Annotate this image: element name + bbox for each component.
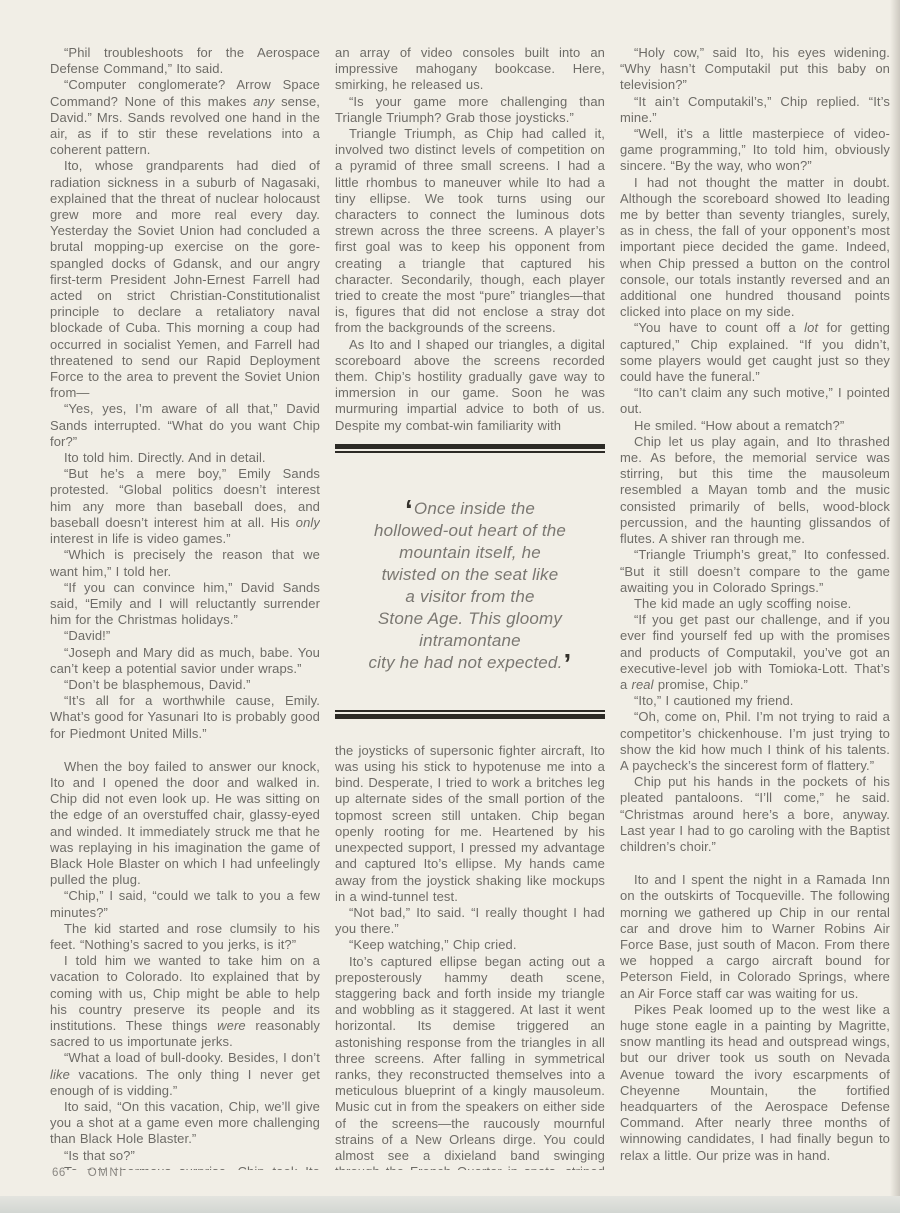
paragraph: “Oh, come on, Phil. I’m not trying to ra… xyxy=(620,709,890,774)
paragraph: “Computer conglomerate? Arrow Space Comm… xyxy=(50,77,320,158)
paragraph: I had not thought the matter in doubt. A… xyxy=(620,175,890,321)
paragraph: “Yes, yes, I’m aware of all that,” David… xyxy=(50,401,320,450)
page-footer: 66OMNI xyxy=(52,1167,124,1179)
paragraph: As Ito and I shaped our triangles, a dig… xyxy=(335,337,605,434)
paragraph: “Triangle Triumph’s great,” Ito confesse… xyxy=(620,547,890,596)
paragraph: Ito told him. Directly. And in detail. xyxy=(50,450,320,466)
paragraph: “Is your game more challenging than Tria… xyxy=(335,94,605,126)
paragraph: “It ain’t Computakil’s,” Chip replied. “… xyxy=(620,94,890,126)
pull-quote-top-rule xyxy=(335,444,605,453)
paragraph: “What a load of bull-dooky. Besides, I d… xyxy=(50,1050,320,1099)
paragraph: an array of video consoles built into an… xyxy=(335,45,605,94)
paragraph: Ito said, “On this vacation, Chip, we’ll… xyxy=(50,1099,320,1148)
paragraph: “Well, it’s a little masterpiece of vide… xyxy=(620,126,890,175)
paragraph: “But he’s a mere boy,” Emily Sands prote… xyxy=(50,466,320,547)
paragraph: Ito’s captured ellipse began acting out … xyxy=(335,954,605,1170)
pull-quote-line: ‘Once inside the xyxy=(335,498,605,520)
paragraph: “Which is precisely the reason that we w… xyxy=(50,547,320,579)
paragraph: “If you can convince him,” David Sands s… xyxy=(50,580,320,629)
paragraph: The kid started and rose clumsily to his… xyxy=(50,921,320,953)
paragraph: Chip put his hands in the pockets of his… xyxy=(620,774,890,855)
column-center-bottom-text: the joysticks of supersonic fighter airc… xyxy=(335,743,605,1170)
pull-quote-line: Stone Age. This gloomy xyxy=(335,608,605,630)
pull-quote: ‘Once inside thehollowed-out heart of th… xyxy=(335,498,605,674)
pull-quote-line: a visitor from the xyxy=(335,586,605,608)
paragraph: “Is that so?” xyxy=(50,1148,320,1164)
page-edge-bottom-shadow xyxy=(0,1196,900,1213)
paragraph: “It’s all for a worthwhile cause, Emily.… xyxy=(50,693,320,742)
pull-quote-line: twisted on the seat like xyxy=(335,564,605,586)
paragraph: “Ito,” I cautioned my friend. xyxy=(620,693,890,709)
paragraph: I told him we wanted to take him on a va… xyxy=(50,953,320,1050)
paragraph: “Chip,” I said, “could we talk to you a … xyxy=(50,888,320,920)
paragraph: The kid made an ugly scoffing noise. xyxy=(620,596,890,612)
pull-quote-line: hollowed-out heart of the xyxy=(335,520,605,542)
paragraph: “Keep watching,” Chip cried. xyxy=(335,937,605,953)
column-center-top-text: an array of video consoles built into an… xyxy=(335,45,605,434)
column-center: an array of video consoles built into an… xyxy=(335,45,605,1170)
close-quote-icon: ’ xyxy=(564,648,572,679)
paragraph: Triangle Triumph, as Chip had called it,… xyxy=(335,126,605,337)
paragraph: “Ito can’t claim any such motive,” I poi… xyxy=(620,385,890,417)
magazine-name: OMNI xyxy=(88,1167,124,1179)
page-number: 66 xyxy=(52,1167,66,1179)
pull-quote-line: city he had not expected.’ xyxy=(335,652,605,674)
page-edge-right-shadow xyxy=(890,0,900,1213)
paragraph: Pikes Peak loomed up to the west like a … xyxy=(620,1002,890,1164)
magazine-page: “Phil troubleshoots for the Aerospace De… xyxy=(0,0,900,1213)
paragraph: “Holy cow,” said Ito, his eyes widening.… xyxy=(620,45,890,94)
pull-quote-bottom-rule xyxy=(335,710,605,719)
paragraph: He smiled. “How about a rematch?” xyxy=(620,418,890,434)
paragraph: “Phil troubleshoots for the Aerospace De… xyxy=(50,45,320,77)
pull-quote-line: mountain itself, he xyxy=(335,542,605,564)
paragraph: “If you get past our challenge, and if y… xyxy=(620,612,890,693)
paragraph: Chip let us play again, and Ito thrashed… xyxy=(620,434,890,547)
paragraph: “David!” xyxy=(50,628,320,644)
paragraph: “You have to count off a lot for getting… xyxy=(620,320,890,385)
paragraph: Ito and I spent the night in a Ramada In… xyxy=(620,872,890,1002)
paragraph: Ito, whose grandparents had died of radi… xyxy=(50,158,320,401)
paragraph: When the boy failed to answer our knock,… xyxy=(50,759,320,889)
paragraph: “Not bad,” Ito said. “I really thought I… xyxy=(335,905,605,937)
paragraph: “Joseph and Mary did as much, babe. You … xyxy=(50,645,320,677)
column-left: “Phil troubleshoots for the Aerospace De… xyxy=(50,45,320,1170)
text-columns: “Phil troubleshoots for the Aerospace De… xyxy=(50,45,890,1170)
column-right: “Holy cow,” said Ito, his eyes widening.… xyxy=(620,45,890,1170)
open-quote-icon: ‘ xyxy=(405,494,413,525)
paragraph: the joysticks of supersonic fighter airc… xyxy=(335,743,605,905)
paragraph: “Don’t be blasphemous, David.” xyxy=(50,677,320,693)
